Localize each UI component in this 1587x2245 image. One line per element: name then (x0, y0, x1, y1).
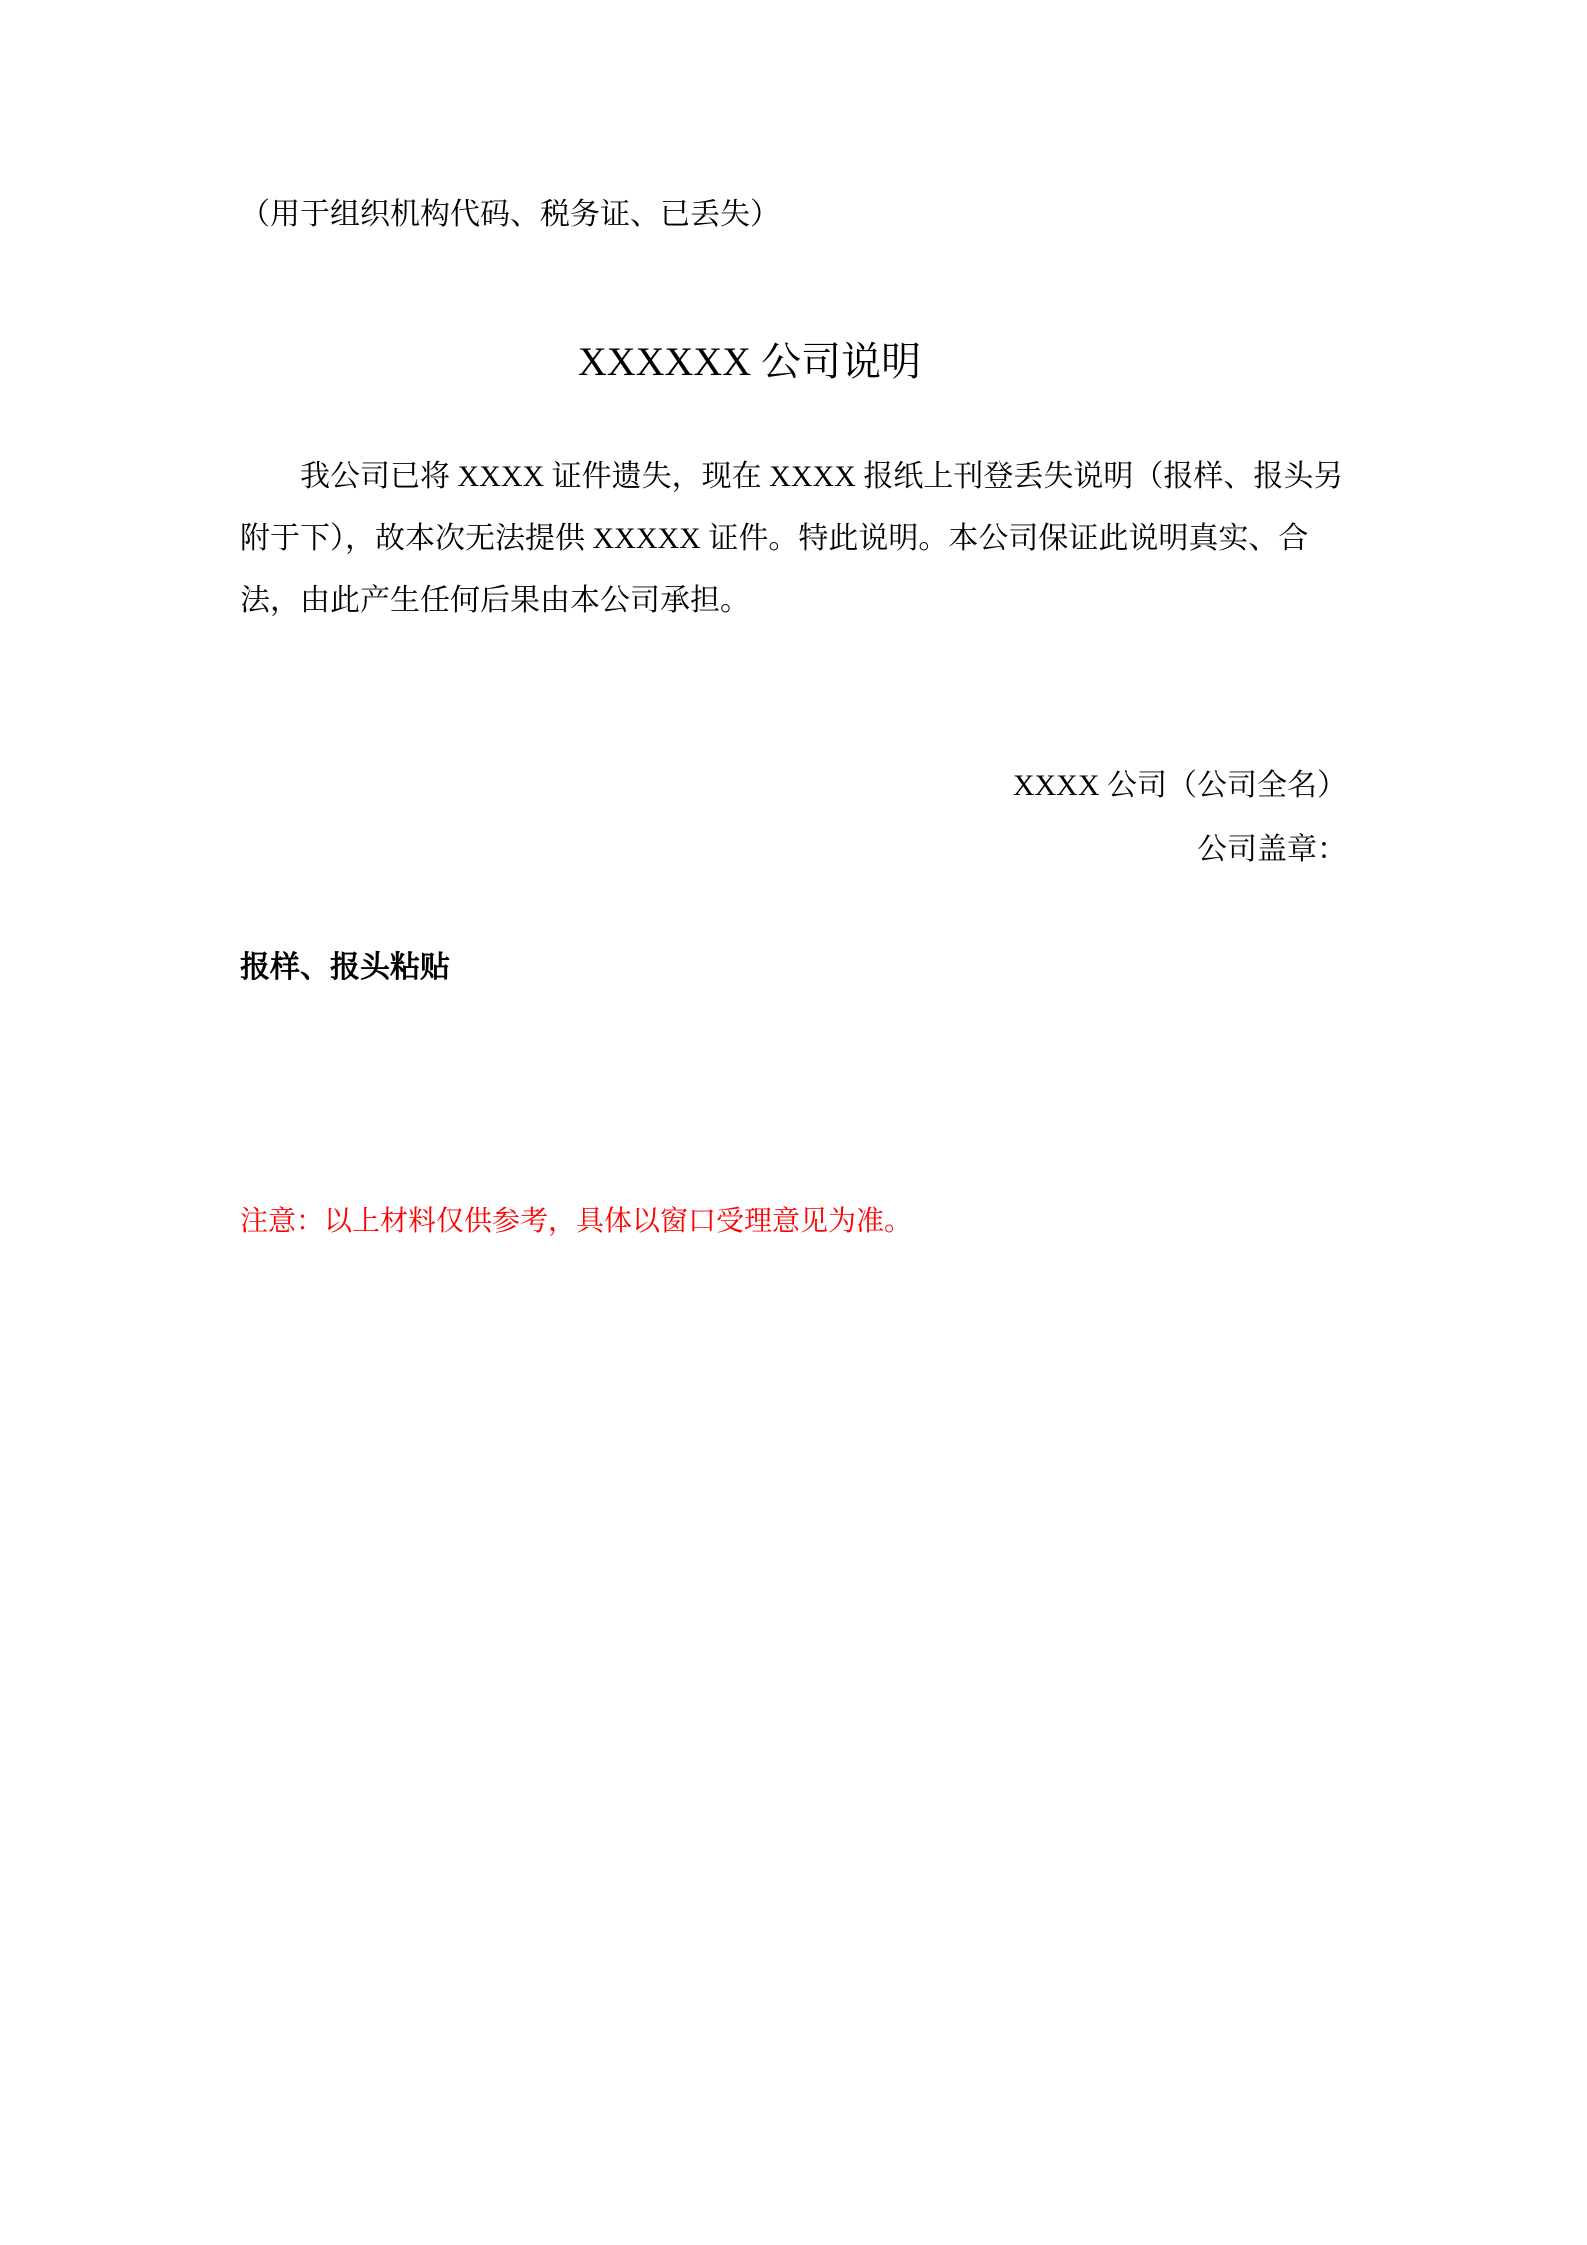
attachment-paste-label: 报样、报头粘贴 (240, 948, 1347, 988)
body-paragraph: 我公司已将 XXXX 证件遗失，现在 XXXX 报纸上刊登丢失说明（报样、报头另… (240, 446, 1347, 632)
footer-notice: 注意：以上材料仅供参考，具体以窗口受理意见为准。 (240, 1202, 1347, 1242)
signature-company-line: XXXX 公司（公司全名） (240, 754, 1347, 818)
body-line: 附于下），故本次无法提供 XXXXX 证件。特此说明。本公司保证此说明真实、合 (240, 508, 1347, 570)
document-page: （用于组织机构代码、税务证、已丢失） XXXXXX 公司说明 我公司已将 XXX… (0, 0, 1587, 2245)
body-line: 我公司已将 XXXX 证件遗失，现在 XXXX 报纸上刊登丢失说明（报样、报头另 (240, 446, 1347, 508)
signature-seal-line: 公司盖章： (240, 818, 1347, 882)
body-line: 法，由此产生任何后果由本公司承担。 (240, 570, 1347, 632)
signature-block: XXXX 公司（公司全名） 公司盖章： (240, 754, 1347, 882)
header-usage-note: （用于组织机构代码、税务证、已丢失） (240, 196, 1347, 234)
document-title: XXXXXX 公司说明 (196, 336, 1303, 388)
